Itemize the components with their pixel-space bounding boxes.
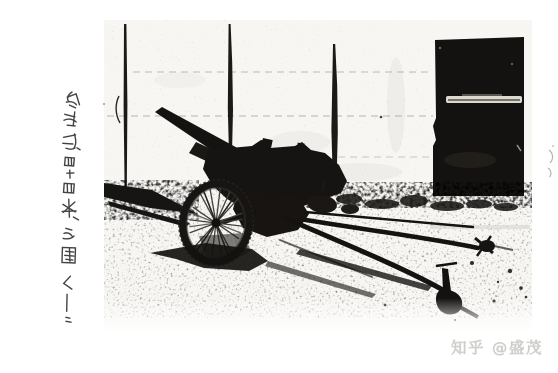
page-speck xyxy=(103,103,105,105)
handwritten-caption xyxy=(46,80,102,332)
scanned-page: 知乎 @盛茂 xyxy=(0,0,558,373)
wall-speck xyxy=(380,116,383,119)
right-margin-mark xyxy=(548,145,554,177)
photo-bottom-fade xyxy=(104,298,532,334)
zhihu-watermark: 知乎 @盛茂 xyxy=(451,336,543,358)
doorway xyxy=(433,37,524,196)
